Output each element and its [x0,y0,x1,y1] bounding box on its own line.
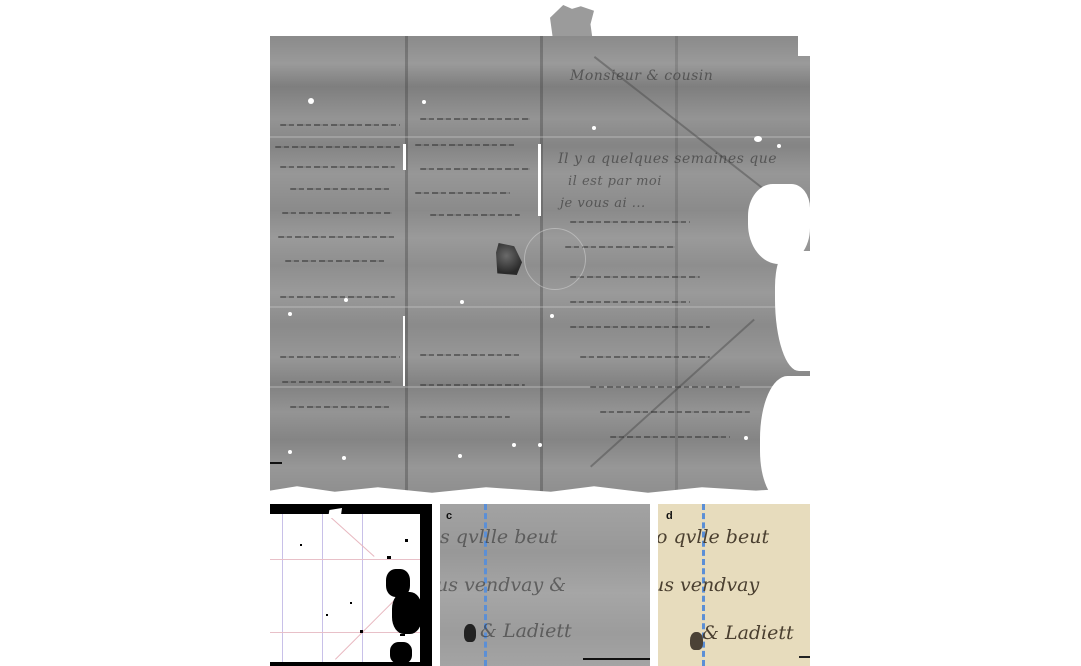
figure: Monsieur & cousin Il y a quelques semain… [0,0,1081,666]
ink-stroke [280,124,400,126]
letter-top-flap [550,5,594,37]
ink-blot [690,632,703,650]
ink-stroke [290,188,390,190]
seal-impression-ring [524,228,586,290]
damage-blob [390,642,412,664]
damage-hole [775,251,810,371]
fold-line [675,36,678,495]
panel-b-binary-mask [270,504,432,666]
white-slit [538,144,541,216]
grid-line [322,514,323,662]
fold-line [270,136,810,138]
panel-d-photograph: d o qvlle beut us vendvay & Ladiett [658,504,810,666]
ink-stroke [610,436,730,438]
ink-stroke [278,236,396,238]
speck [288,450,292,454]
script-line: us vendvay [658,574,759,596]
grid-line [362,514,363,662]
speck [288,312,292,316]
script-line: s qvllle beut [440,526,557,548]
handwriting-line: Il y a quelques semaines que [558,151,777,167]
mask-sheet [270,514,420,662]
ink-stroke [570,301,690,303]
ink-stroke [415,144,515,146]
script-line: o qvlle beut [658,526,769,548]
diagonal-fold [590,319,754,467]
ink-stroke [570,221,690,223]
speck [744,436,748,440]
panel-label: c [446,510,452,522]
script-line: us vendvay & [440,574,566,596]
mask-top-flap [328,508,342,518]
fold-line [270,306,810,308]
damage-hole [798,36,810,56]
panel-c-xray-detail: c s qvllle beut us vendvay & & Ladiett [440,504,650,666]
dot [326,614,328,616]
handwriting-line: il est par moi [568,174,662,189]
diagonal-fold [329,516,374,557]
speck [754,136,762,142]
ink-stroke [420,416,510,418]
ink-stroke [430,214,520,216]
ink-stroke [570,276,700,278]
ink-stroke [282,381,392,383]
speck [777,144,781,148]
ink-stroke [580,356,710,358]
speck [592,126,596,130]
script-line: & Ladiett [480,620,572,642]
ink-stroke [420,118,530,120]
dot [300,544,302,546]
ink-stroke [280,356,400,358]
ink-stroke [420,384,525,386]
white-slit [403,144,406,170]
dot [350,602,352,604]
ink-stroke [420,354,520,356]
handwriting-line: Monsieur & cousin [570,68,713,84]
scale-bar [583,658,650,660]
ink-stroke [570,326,710,328]
ink-stroke [280,166,395,168]
ink-blot [464,624,476,642]
speck [460,300,464,304]
script-line: & Ladiett [702,622,794,644]
panel-label: d [666,510,673,522]
ink-stroke [275,146,400,148]
scale-bar [799,656,810,658]
ink-stroke [415,192,510,194]
grid-line [270,559,420,560]
speck [342,456,346,460]
ink-stroke [285,260,385,262]
grid-line [270,632,420,633]
speck [422,100,426,104]
dot [360,630,363,633]
speck [344,298,348,302]
grid-line [282,514,283,662]
white-slit [403,316,405,386]
ink-stroke [590,386,740,388]
dot [405,539,408,542]
speck [512,443,516,447]
fold-line [405,36,408,495]
ink-stroke [600,411,750,413]
speck [458,454,462,458]
speck [550,314,554,318]
scale-bar [270,462,282,464]
speck [308,98,314,104]
dot [400,634,405,636]
ink-stroke [280,296,395,298]
ink-stroke [282,212,392,214]
ink-stroke [420,168,530,170]
ink-stroke [290,406,390,408]
dot [387,556,391,559]
speck [538,443,542,447]
handwriting-line: je vous ai ... [560,196,646,211]
damage-blob [392,592,422,634]
damage-hole [760,376,810,495]
